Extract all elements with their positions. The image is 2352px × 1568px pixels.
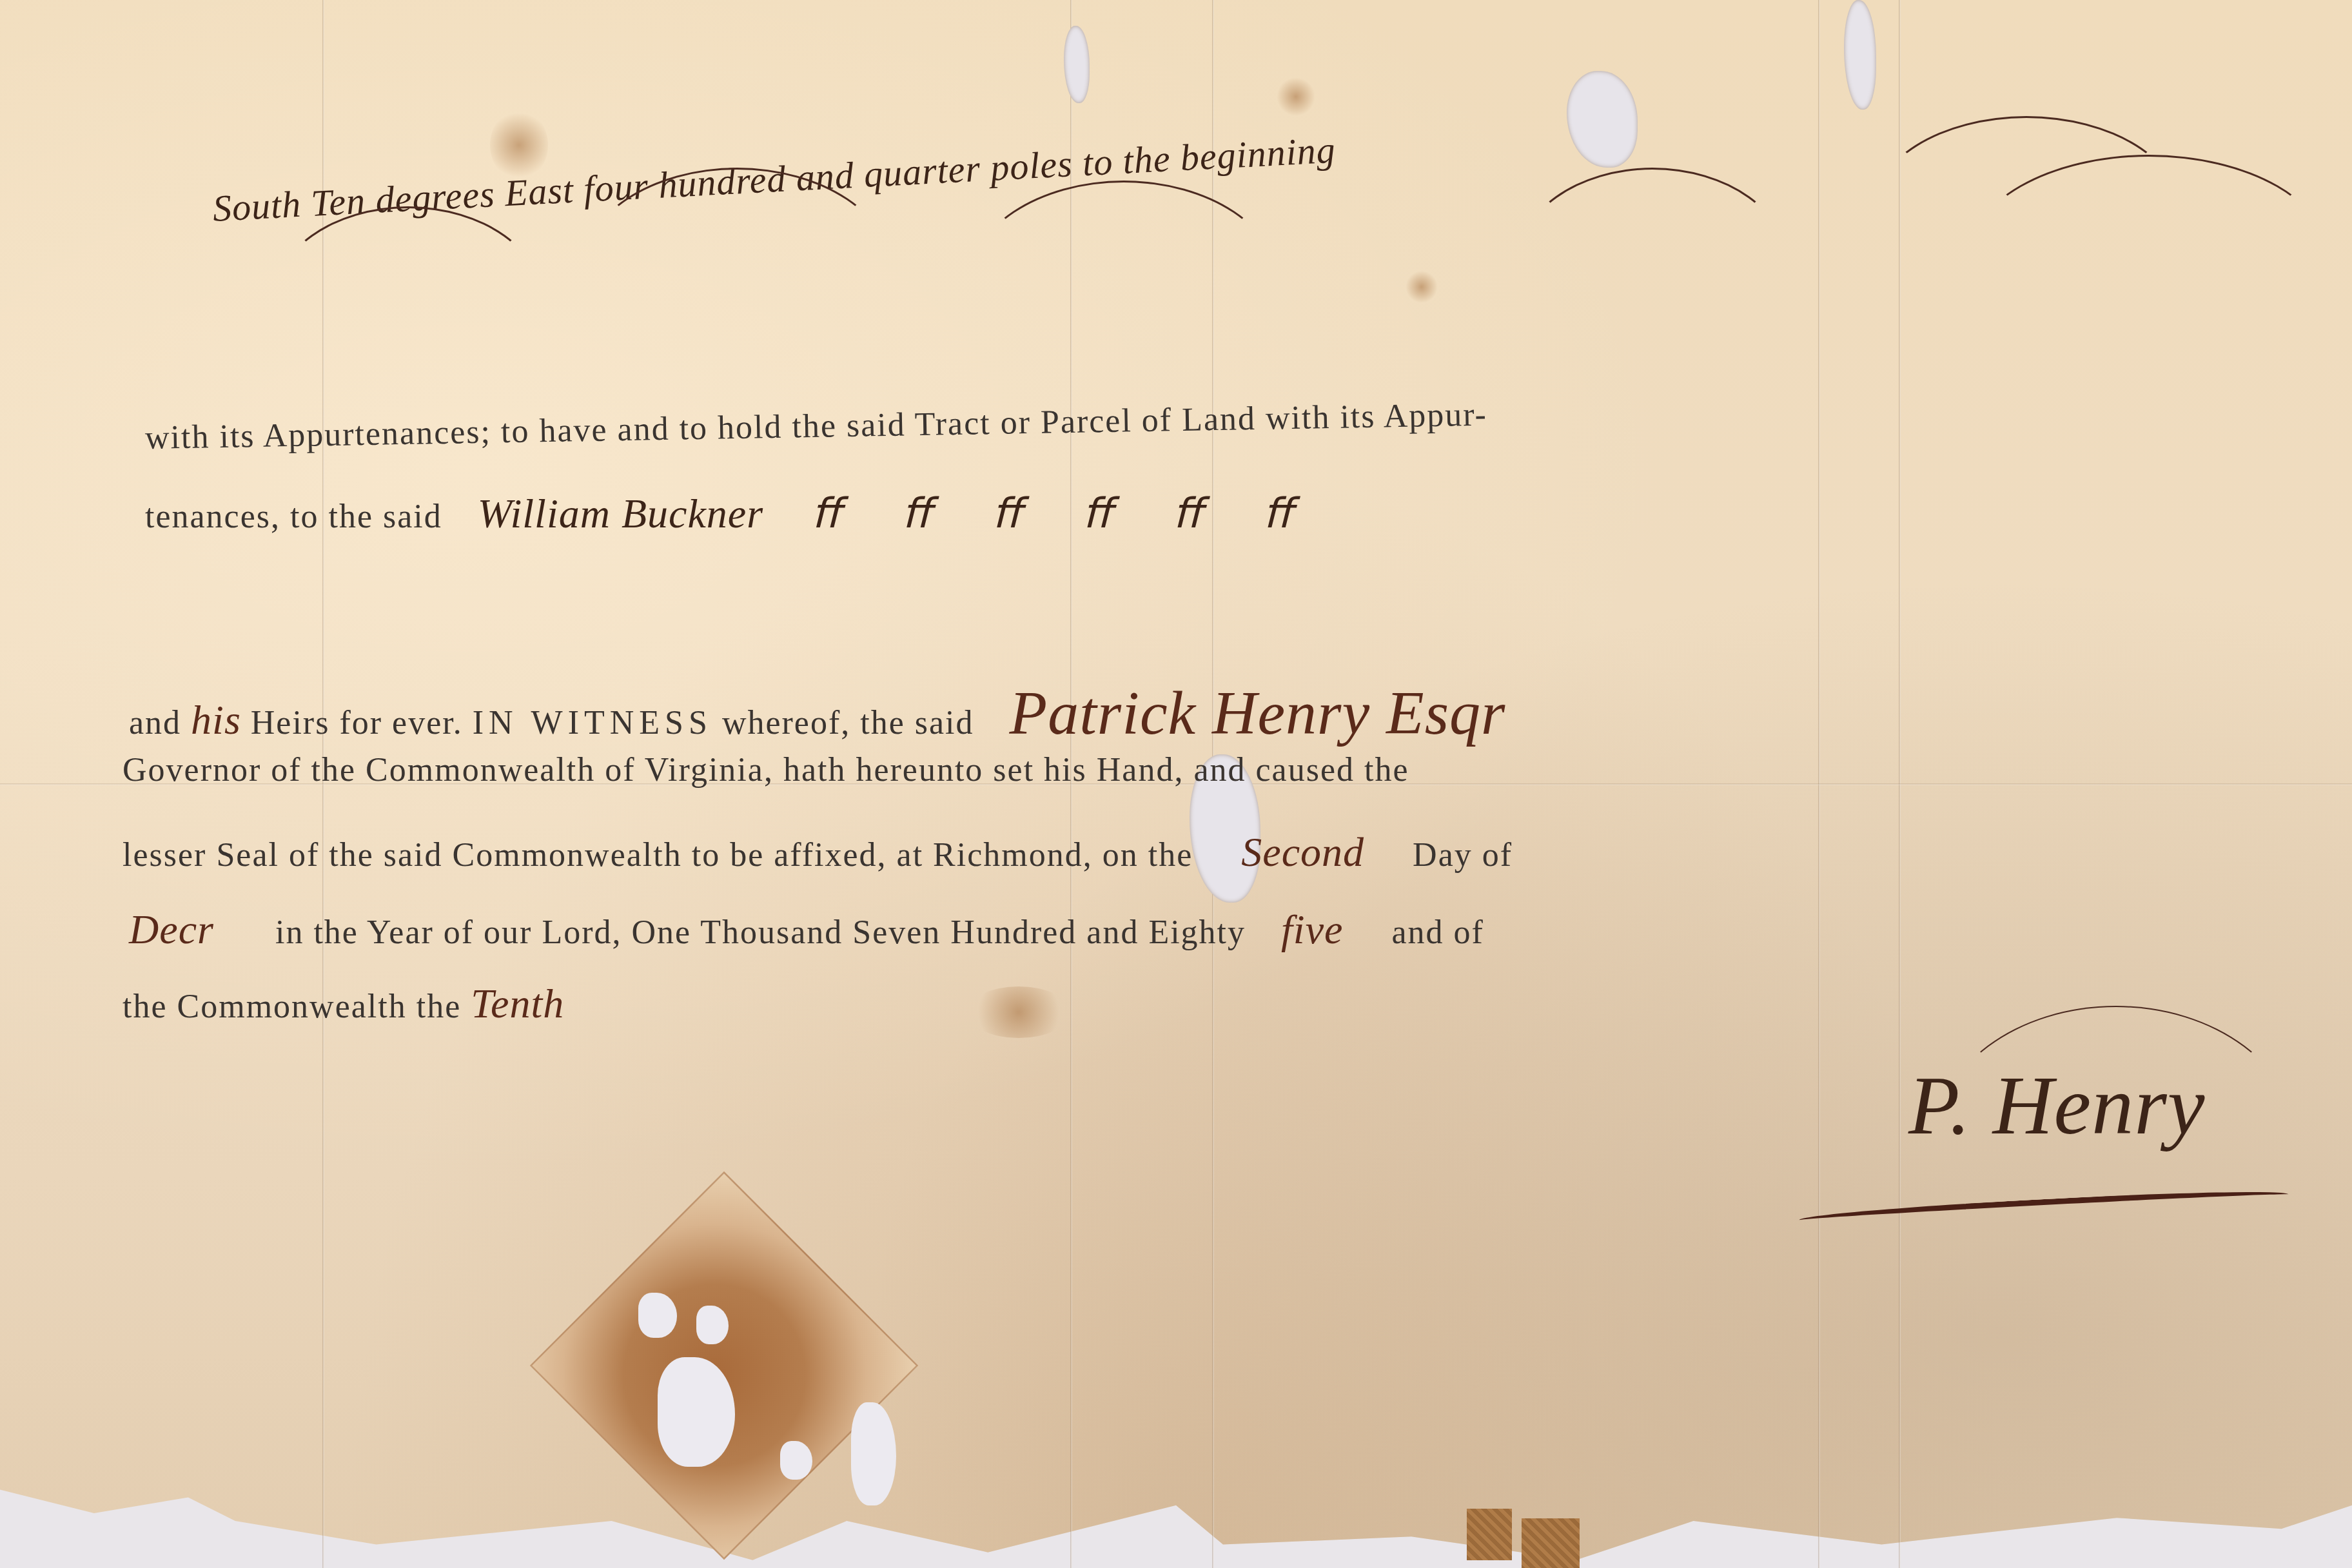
line-filler-handwritten: ﬀ ﬀ ﬀ ﬀ ﬀ ﬀ [812, 491, 1318, 536]
calligraphic-flourish [580, 168, 894, 378]
printed-text: the Commonwealth the [122, 988, 461, 1025]
signature-flourish [1934, 1006, 2298, 1279]
seal-damage [780, 1441, 812, 1480]
grant-line-6: Decr in the Year of our Lord, One Thousa… [129, 906, 1484, 954]
grant-line-2: tenances, to the said William Buckner ﬀ … [145, 490, 1318, 538]
seal-diamond [530, 1171, 918, 1560]
grant-line-7: the Commonwealth the Tenth [122, 980, 564, 1028]
month-handwritten: Decr [129, 906, 214, 952]
printed-text: Governor of the Commonwealth of Virginia… [122, 752, 1409, 789]
calligraphic-flourish [271, 206, 545, 404]
grant-line-4: Governor of the Commonwealth of Virginia… [122, 751, 1409, 789]
binding-ribbon [1467, 1509, 1512, 1560]
calligraphic-flourish [1966, 155, 2331, 365]
calligraphic-flourish [967, 181, 1280, 391]
printed-text: Day of [1413, 837, 1513, 874]
printed-text: lesser Seal of the said Commonwealth to … [122, 837, 1193, 874]
in-witness-heading: IN WITNESS [473, 705, 712, 741]
seal-damage [638, 1293, 677, 1338]
printed-text: and [129, 705, 181, 741]
seal-damage [696, 1306, 729, 1344]
printed-text: Heirs for ever. [251, 705, 463, 741]
seal-damage [658, 1357, 735, 1467]
pronoun-handwritten: his [191, 697, 241, 743]
ink-stain [1277, 77, 1315, 116]
calligraphic-flourish [1515, 168, 1790, 365]
ink-stain [1406, 271, 1438, 303]
day-handwritten: Second [1241, 829, 1364, 875]
printed-text: whereof, the said [722, 705, 974, 741]
binding-ribbon [1522, 1518, 1580, 1568]
year-handwritten: five [1281, 906, 1343, 952]
ink-stain [967, 986, 1070, 1038]
grant-line-3: and his Heirs for ever. IN WITNESS where… [129, 677, 1505, 749]
printed-text: tenances, to the said [145, 498, 442, 535]
paper-seal [503, 1190, 954, 1551]
printed-text: and of [1391, 914, 1484, 951]
printed-text: in the Year of our Lord, One Thousand Se… [275, 914, 1246, 951]
governor-name-handwritten: Patrick Henry Esqr [1010, 678, 1506, 747]
commonwealth-year-handwritten: Tenth [471, 981, 564, 1026]
grantee-name-handwritten: William Buckner [478, 491, 763, 536]
grant-line-5: lesser Seal of the said Commonwealth to … [122, 828, 1513, 876]
seal-damage [851, 1402, 896, 1505]
